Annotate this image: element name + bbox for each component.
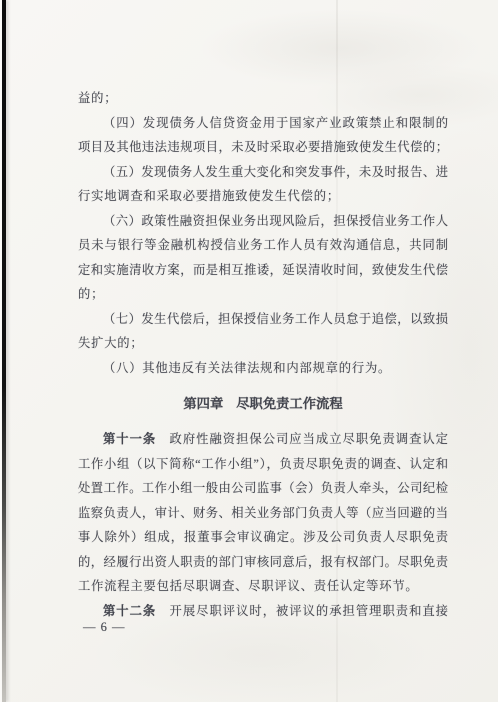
chapter-number: 第四章 — [183, 396, 223, 411]
text-line: （四）发现债务人信贷资金用于国家产业政策禁止和限制的 — [78, 111, 448, 136]
text-line: （五）发现债务人发生重大变化和突发事件，未及时报告、进 — [78, 160, 448, 185]
text-line: 员未与银行等金融机构授信业务工作人员有效沟通信息，共同制 — [78, 233, 448, 258]
article-text: 政府性融资担保公司应当成立尽职免责调查认定 — [156, 432, 448, 446]
article-number: 第十二条 — [103, 604, 156, 618]
text-line: 事人除外）组成，报董事会审议确定。涉及公司负责人尽职免责 — [78, 525, 448, 550]
text-line: 定和实施清收方案，而是相互推诿，延误清收时间，致使发生代偿 — [78, 258, 448, 283]
chapter-title: 尽职免责工作流程 — [236, 396, 342, 411]
document-text-block: 益的； （四）发现债务人信贷资金用于国家产业政策禁止和限制的 项目及其他违法违规… — [78, 86, 448, 623]
article-text: 开展尽职评议时，被评议的承担管理职责和直接 — [156, 604, 448, 618]
text-line: 失扩大的； — [78, 331, 448, 356]
text-line: 工作流程主要包括尽职调查、尽职评议、责任认定等环节。 — [78, 574, 448, 599]
text-line: 的，经履行出资人职责的部门审核同意后，报有权部门。尽职免责 — [78, 550, 448, 575]
text-line: 行实地调查和采取必要措施致使发生代偿的； — [78, 184, 448, 209]
text-line: 的； — [78, 282, 448, 307]
text-line: 项目及其他违法违规项目，未及时采取必要措施致使发生代偿的； — [78, 135, 448, 160]
text-line: 益的； — [78, 86, 448, 111]
chapter-heading: 第四章尽职免责工作流程 — [78, 392, 448, 417]
text-line: 第十一条 政府性融资担保公司应当成立尽职免责调查认定 — [78, 427, 448, 452]
text-line: （八）其他违反有关法律法规和内部规章的行为。 — [78, 356, 448, 381]
scanned-document-page: 益的； （四）发现债务人信贷资金用于国家产业政策禁止和限制的 项目及其他违法违规… — [0, 0, 498, 702]
text-line: 工作小组（以下简称“工作小组”），负责尽职免责的调查、认定和 — [78, 452, 448, 477]
scan-edge-shadow — [2, 0, 6, 702]
page-number: — 6 — — [83, 620, 126, 635]
text-line: 第十二条 开展尽职评议时，被评议的承担管理职责和直接 — [78, 599, 448, 624]
text-line: 监察负责人，审计、财务、相关业务部门负责人等（应当回避的当 — [78, 501, 448, 526]
article-number: 第十一条 — [103, 432, 156, 446]
text-line: （七）发生代偿后，担保授信业务工作人员怠于追偿，以致损 — [78, 307, 448, 332]
text-line: 处置工作。工作小组一般由公司监事（会）负责人牵头，公司纪检 — [78, 476, 448, 501]
text-line: （六）政策性融资担保业务出现风险后，担保授信业务工作人 — [78, 209, 448, 234]
